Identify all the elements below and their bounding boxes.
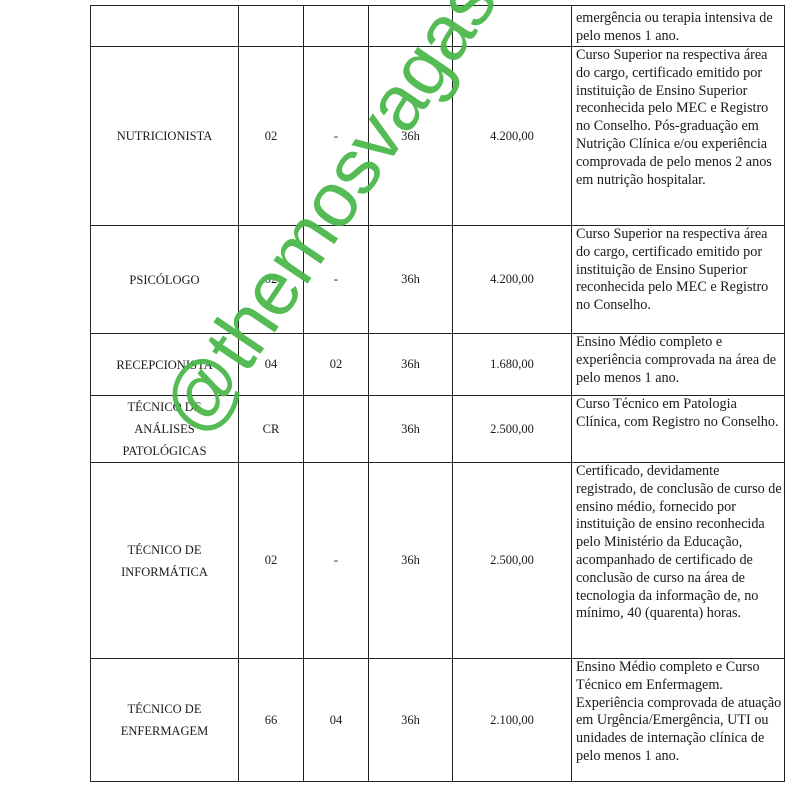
salario-cell: 4.200,00 bbox=[453, 226, 572, 334]
cargo-cell: TÉCNICO DE ANÁLISES PATOLÓGICAS bbox=[91, 396, 239, 463]
vagas-cell: 66 bbox=[239, 659, 304, 782]
cr-cell: - bbox=[304, 463, 369, 659]
carga-horaria-cell: 36h bbox=[369, 463, 453, 659]
cargo-cell: NUTRICIONISTA bbox=[91, 47, 239, 226]
cr-cell: 04 bbox=[304, 659, 369, 782]
carga-horaria-cell bbox=[369, 6, 453, 47]
table-row: NUTRICIONISTA 02 - 36h 4.200,00 Curso Su… bbox=[91, 47, 785, 226]
vagas-cell bbox=[239, 6, 304, 47]
salario-cell: 1.680,00 bbox=[453, 334, 572, 396]
cargo-cell: TÉCNICO DE ENFERMAGEM bbox=[91, 659, 239, 782]
cargo-cell: TÉCNICO DE INFORMÁTICA bbox=[91, 463, 239, 659]
vagas-cell: 04 bbox=[239, 334, 304, 396]
salario-cell: 2.500,00 bbox=[453, 463, 572, 659]
requisitos-cell: Certificado, devidamente registrado, de … bbox=[572, 463, 785, 659]
vagas-cell: 02 bbox=[239, 463, 304, 659]
table-row: PSICÓLOGO 02 - 36h 4.200,00 Curso Superi… bbox=[91, 226, 785, 334]
requisitos-cell: Ensino Médio completo e experiência comp… bbox=[572, 334, 785, 396]
cr-cell: - bbox=[304, 47, 369, 226]
cargo-cell: PSICÓLOGO bbox=[91, 226, 239, 334]
requisitos-cell: Curso Superior na respectiva área do car… bbox=[572, 226, 785, 334]
table-row: TÉCNICO DE ANÁLISES PATOLÓGICAS CR 36h 2… bbox=[91, 396, 785, 463]
vagas-cell: CR bbox=[239, 396, 304, 463]
table-row: emergência ou terapia intensiva de pelo … bbox=[91, 6, 785, 47]
carga-horaria-cell: 36h bbox=[369, 226, 453, 334]
cargo-cell bbox=[91, 6, 239, 47]
requisitos-cell: Ensino Médio completo e Curso Técnico em… bbox=[572, 659, 785, 782]
salario-cell bbox=[453, 6, 572, 47]
salario-cell: 4.200,00 bbox=[453, 47, 572, 226]
table-row: TÉCNICO DE ENFERMAGEM 66 04 36h 2.100,00… bbox=[91, 659, 785, 782]
carga-horaria-cell: 36h bbox=[369, 659, 453, 782]
vagas-cell: 02 bbox=[239, 47, 304, 226]
requisitos-cell: emergência ou terapia intensiva de pelo … bbox=[572, 6, 785, 47]
table-row: TÉCNICO DE INFORMÁTICA 02 - 36h 2.500,00… bbox=[91, 463, 785, 659]
positions-table: emergência ou terapia intensiva de pelo … bbox=[90, 5, 785, 782]
table-row: RECEPCIONISTA 04 02 36h 1.680,00 Ensino … bbox=[91, 334, 785, 396]
requisitos-cell: Curso Técnico em Patologia Clínica, com … bbox=[572, 396, 785, 463]
cr-cell: 02 bbox=[304, 334, 369, 396]
salario-cell: 2.100,00 bbox=[453, 659, 572, 782]
carga-horaria-cell: 36h bbox=[369, 396, 453, 463]
carga-horaria-cell: 36h bbox=[369, 334, 453, 396]
carga-horaria-cell: 36h bbox=[369, 47, 453, 226]
cr-cell bbox=[304, 396, 369, 463]
cargo-cell: RECEPCIONISTA bbox=[91, 334, 239, 396]
requisitos-cell: Curso Superior na respectiva área do car… bbox=[572, 47, 785, 226]
cr-cell: - bbox=[304, 226, 369, 334]
vagas-cell: 02 bbox=[239, 226, 304, 334]
salario-cell: 2.500,00 bbox=[453, 396, 572, 463]
cr-cell bbox=[304, 6, 369, 47]
